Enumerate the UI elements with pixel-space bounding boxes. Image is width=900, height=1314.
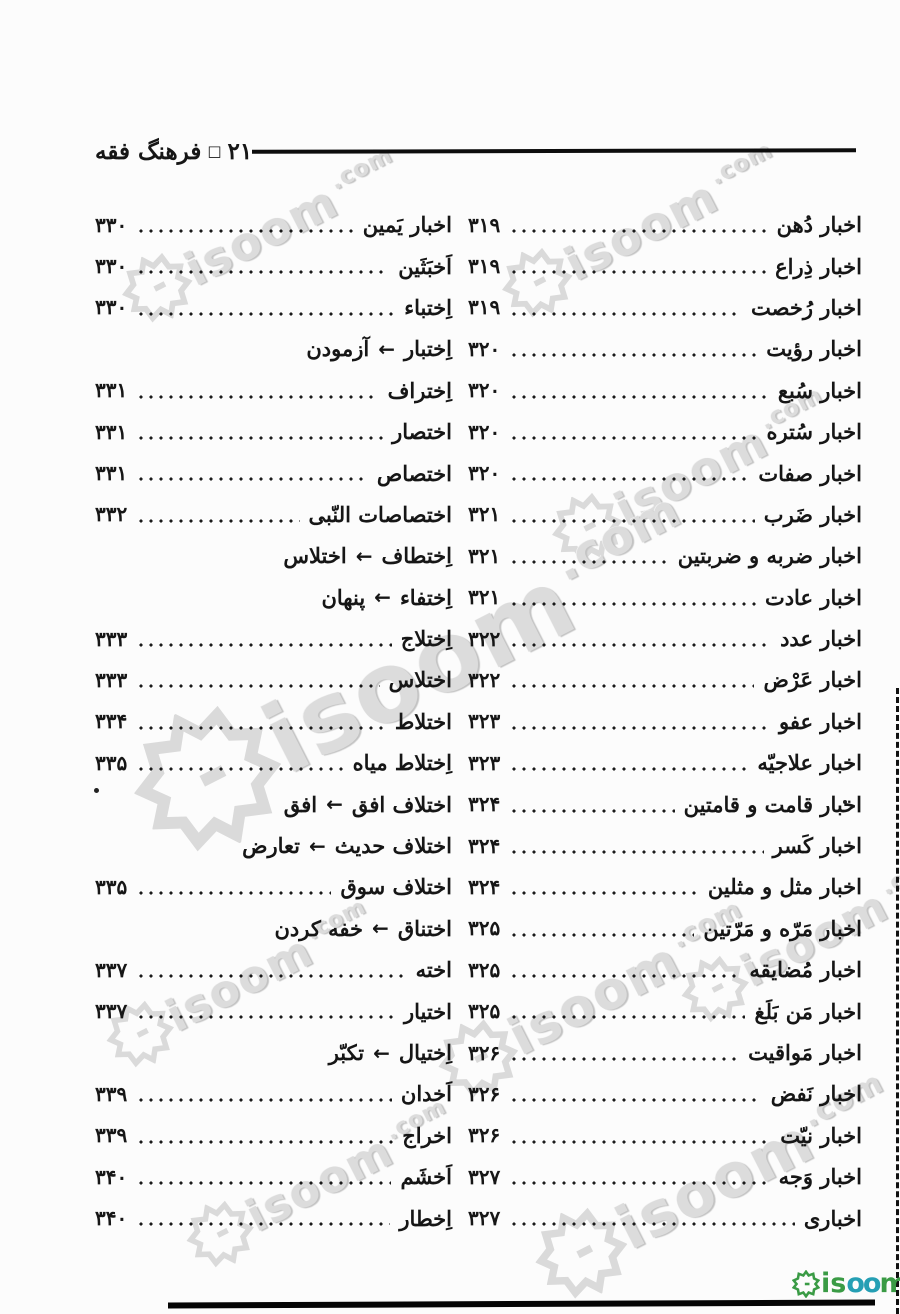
entry-term: اختصار: [392, 419, 452, 444]
gisoom-logo: isoom: [792, 1268, 900, 1299]
dot-leader: [136, 370, 378, 411]
dot-leader: [509, 494, 755, 535]
dot-leader: [509, 701, 770, 742]
dot-leader: [509, 1073, 762, 1114]
dot-leader: [509, 1156, 769, 1197]
index-entry-row: اخبار مَرّه و مَرّتین۳۲۵: [468, 908, 862, 949]
index-entry-row: اخبار عَرْض۳۲۲: [468, 659, 862, 700]
index-entry-row: اخبار قامت و قامتین۳۲۴: [468, 783, 862, 824]
index-entry-row: اِختلاج۳۳۳: [95, 618, 452, 659]
index-entry-row: اخبار صفات۳۲۰: [468, 452, 862, 493]
index-entry-row: اخبار وَجه۳۲۷: [468, 1156, 862, 1197]
index-entry-row: اِختباء۳۳۰: [95, 287, 452, 328]
entry-term: اخبار دُهن: [777, 212, 862, 237]
entry-page-number: ۳۲۱: [468, 544, 500, 568]
index-entry-row: اخراج۳۳۹: [95, 1115, 452, 1156]
gisoom-star-icon: [792, 1270, 820, 1298]
entry-page-number: ۳۳۹: [95, 1123, 127, 1147]
index-entry-row: اِختراف۳۳۱: [95, 370, 452, 411]
index-entry-row: اِخطار۳۴۰: [95, 1197, 452, 1238]
dot-leader: [509, 452, 749, 493]
entry-page-number: ۳۴۰: [95, 1206, 127, 1230]
cross-ref-arrow-icon: ←: [373, 1041, 390, 1065]
entry-term: اِختفاء: [400, 585, 452, 610]
entry-term: اِختیال: [399, 1040, 452, 1065]
index-entry-row: اِختلاط میاه۳۳۵: [95, 742, 452, 783]
entry-page-number: ۳۱۹: [468, 295, 500, 319]
entry-page-number: ۳۲۳: [468, 751, 500, 775]
dot-leader: [136, 245, 389, 286]
index-entry-row: اختصاص۳۳۱: [95, 452, 452, 493]
dot-leader: [509, 949, 740, 990]
entry-page-number: ۳۴۰: [95, 1165, 127, 1189]
index-entry-row: اَخدان۳۳۹: [95, 1073, 452, 1114]
entry-page-number: ۳۲۷: [468, 1165, 500, 1189]
entry-page-number: ۳۲۴: [468, 834, 500, 858]
cross-ref-arrow-icon: ←: [356, 544, 373, 568]
dot-leader: [136, 1115, 393, 1156]
entry-page-number: ۳۲۲: [468, 668, 500, 692]
entry-term: اِخطار: [399, 1206, 452, 1231]
entry-page-number: ۳۲۶: [468, 1041, 500, 1065]
entry-term: اختلاط: [395, 709, 452, 734]
entry-term: اِختبار: [404, 336, 452, 361]
dot-leader: [509, 328, 757, 369]
entry-page-number: ۳۲۶: [468, 1123, 500, 1147]
cross-ref-target: اختلاس: [283, 543, 346, 568]
entry-page-number: ۳۳۱: [95, 461, 127, 485]
entry-term: اخته: [416, 957, 452, 982]
index-entry-row: اخبار سُتره۳۲۰: [468, 411, 862, 452]
entry-term: اخبار رُخصت: [751, 295, 862, 320]
dot-leader: [509, 866, 699, 907]
entry-page-number: ۳۳۵: [95, 751, 127, 775]
dot-leader: [509, 990, 745, 1031]
index-entry-row: اختلاف سوق۳۳۵: [95, 866, 452, 907]
entry-term: اَخدان: [401, 1081, 452, 1106]
scanned-book-page: isoom.comisoom.comisoom.comisoom.comisoo…: [0, 0, 900, 1314]
index-entry-row: اخبار عادت۳۲۱: [468, 577, 862, 618]
dot-leader: [136, 1156, 391, 1197]
index-entry-row: اختلاس۳۳۳: [95, 659, 452, 700]
index-cross-ref-row: اِختیال←تکبّر: [95, 1032, 452, 1073]
entry-page-number: ۳۲۰: [468, 378, 500, 402]
entry-term: اِختطاف: [381, 543, 452, 568]
entry-term: اخبار ذِراع: [775, 254, 862, 279]
index-entry-row: اخته۳۳۷: [95, 949, 452, 990]
index-cross-ref-row: اختلاف حدیث←تعارض: [95, 825, 452, 866]
scan-speck: [94, 788, 99, 793]
cross-ref-target: تکبّر: [329, 1040, 364, 1065]
entry-term: اخبار قامت و قامتین: [684, 792, 862, 817]
header-rule: [252, 148, 856, 154]
entry-term: اخبار نیّت: [780, 1123, 862, 1148]
entry-term: اخبار وَجه: [779, 1164, 862, 1189]
entry-term: اَخشَم: [400, 1164, 452, 1189]
entry-page-number: ۳۲۵: [468, 958, 500, 982]
index-entry-row: اختیار۳۳۷: [95, 990, 452, 1031]
cross-ref-target: آزمودن: [306, 336, 369, 361]
dot-leader: [136, 701, 386, 742]
entry-page-number: ۳۳۱: [95, 420, 127, 444]
entry-term: اخراج: [402, 1123, 452, 1148]
dot-leader: [509, 825, 763, 866]
entry-page-number: ۳۲۳: [468, 709, 500, 733]
entry-term: اخبار رؤیت: [766, 336, 862, 361]
index-entry-row: اخبار مثل و مثلین۳۲۴: [468, 866, 862, 907]
dot-leader: [136, 949, 406, 990]
dot-leader: [136, 411, 383, 452]
entry-term: اختصاصات النّبی: [309, 502, 452, 527]
dot-leader: [136, 866, 331, 907]
entry-term: اخبار مَن بَلَغ: [754, 999, 862, 1024]
entry-page-number: ۳۲۰: [468, 420, 500, 444]
entry-term: اخبار ضَرب: [764, 502, 862, 527]
index-entry-row: اخبار عدد۳۲۲: [468, 618, 862, 659]
page-right-edge-line: [896, 688, 899, 1314]
entry-term: اختلاف حدیث: [335, 833, 452, 858]
entry-term: اخبار نَفض: [771, 1081, 862, 1106]
page-header: ۲۱ □ فرهنگ فقه: [95, 136, 870, 166]
dot-leader: [509, 204, 767, 245]
cross-ref-target: افق: [284, 792, 317, 817]
entry-page-number: ۳۳۰: [95, 213, 127, 237]
dot-leader: [509, 411, 757, 452]
index-entry-row: اخبار مَواقیت۳۲۶: [468, 1032, 862, 1073]
entry-page-number: ۳۳۱: [95, 378, 127, 402]
entry-page-number: ۳۳۳: [95, 627, 127, 651]
dot-leader: [509, 577, 756, 618]
index-entry-row: اختصار۳۳۱: [95, 411, 452, 452]
entry-page-number: ۳۳۷: [95, 999, 127, 1023]
dot-leader: [136, 659, 379, 700]
index-cross-ref-row: اختلاف افق←افق: [95, 783, 452, 824]
index-entry-row: اخبار یَمین۳۳۰: [95, 204, 452, 245]
dot-leader: [136, 1073, 392, 1114]
entry-term: اخبار صفات: [758, 461, 862, 486]
entry-term: اخبار یَمین: [363, 212, 452, 237]
dot-leader: [509, 742, 748, 783]
entry-page-number: ۳۲۴: [468, 875, 500, 899]
entry-term: اخبار عادت: [765, 585, 862, 610]
cross-ref-arrow-icon: ←: [378, 337, 395, 361]
entry-term: اخبار علاجیّه: [757, 750, 862, 775]
dot-leader: [509, 783, 674, 824]
entry-term: اخبار مَرّه و مَرّتین: [703, 916, 862, 941]
index-column-right: اخبار دُهن۳۱۹اخبار ذِراع۳۱۹اخبار رُخصت۳۱…: [468, 204, 862, 1314]
index-cross-ref-row: اِختفاء←پنهان: [95, 577, 452, 618]
entry-term: اخبار مَواقیت: [748, 1040, 862, 1065]
entry-term: اخبار عدد: [780, 626, 862, 651]
entry-term: اخبار مُضایقه: [749, 957, 862, 982]
entry-page-number: ۳۲۵: [468, 916, 500, 940]
cross-ref-target: پنهان: [321, 585, 365, 610]
entry-page-number: ۳۳۹: [95, 1082, 127, 1106]
dot-leader: [136, 204, 353, 245]
logo-text-oo: oo: [846, 1268, 879, 1299]
index-entry-row: اخبار مُضایقه۳۲۵: [468, 949, 862, 990]
cross-ref-arrow-icon: ←: [309, 834, 326, 858]
index-entry-row: اختلاط۳۳۴: [95, 701, 452, 742]
index-entry-row: اَخبَثَین۳۳۰: [95, 245, 452, 286]
index-entry-row: اخبار علاجیّه۳۲۳: [468, 742, 862, 783]
cross-ref-arrow-icon: ←: [372, 916, 389, 940]
entry-page-number: ۳۲۱: [468, 502, 500, 526]
entry-term: اختیار: [404, 999, 452, 1024]
dot-leader: [509, 287, 742, 328]
entry-page-number: ۳۲۰: [468, 337, 500, 361]
entry-term: اِختلاط میاه: [353, 750, 452, 775]
index-cross-ref-row: اِختطاف←اختلاس: [95, 535, 452, 576]
dot-leader: [509, 245, 766, 286]
entry-term: اِختباء: [404, 295, 452, 320]
index-entry-row: اخباری۳۲۷: [468, 1197, 862, 1238]
entry-term: اختلاف سوق: [340, 874, 452, 899]
index-entry-row: اختصاصات النّبی۳۳۲: [95, 494, 452, 535]
index-entry-row: اخبار رؤیت۳۲۰: [468, 328, 862, 369]
entry-term: اختلاف افق: [352, 792, 452, 817]
dot-leader: [136, 287, 395, 328]
entry-page-number: ۳۳۷: [95, 958, 127, 982]
entry-page-number: ۳۲۶: [468, 1082, 500, 1106]
cross-ref-arrow-icon: ←: [326, 792, 343, 816]
index-entry-row: اخبار ضَرب۳۲۱: [468, 494, 862, 535]
index-entry-row: اَخشَم۳۴۰: [95, 1156, 452, 1197]
entry-term: اخبار کَسر: [773, 833, 862, 858]
dot-leader: [136, 742, 343, 783]
entry-term: اِختلاج: [401, 626, 452, 651]
entry-page-number: ۳۳۰: [95, 254, 127, 278]
index-entry-row: اخبار ذِراع۳۱۹: [468, 245, 862, 286]
dot-leader: [509, 618, 771, 659]
index-entry-row: اخبار سُبع۳۲۰: [468, 370, 862, 411]
entry-page-number: ۳۳۲: [95, 502, 127, 526]
index-entry-row: اخبار نَفض۳۲۶: [468, 1073, 862, 1114]
entry-page-number: ۳۱۹: [468, 254, 500, 278]
entry-term: اَخبَثَین: [398, 254, 452, 279]
entry-page-number: ۳۲۱: [468, 585, 500, 609]
entry-page-number: ۳۳۵: [95, 875, 127, 899]
entry-term: اخبار مثل و مثلین: [708, 874, 862, 899]
index-entry-row: اخبار کَسر۳۲۴: [468, 825, 862, 866]
index-entry-row: اخبار عفو۳۲۳: [468, 701, 862, 742]
book-title: فرهنگ فقه: [95, 138, 201, 165]
entry-term: اختلاس: [389, 667, 452, 692]
cross-ref-target: تعارض: [242, 833, 300, 858]
dot-leader: [136, 1197, 390, 1238]
index-entry-row: اخبار ضربه و ضربتین۳۲۱: [468, 535, 862, 576]
dot-leader: [509, 908, 694, 949]
entry-page-number: ۳۳۳: [95, 668, 127, 692]
entry-page-number: ۳۲۵: [468, 999, 500, 1023]
cross-ref-target: خفه کردن: [275, 916, 364, 941]
entry-page-number: ۳۲۲: [468, 627, 500, 651]
entry-term: اخبار عَرْض: [763, 667, 862, 692]
index-cross-ref-row: اختناق←خفه کردن: [95, 908, 452, 949]
dot-leader: [509, 1032, 739, 1073]
dot-leader: [136, 618, 392, 659]
index-entry-row: اخبار نیّت۳۲۶: [468, 1115, 862, 1156]
entry-page-number: ۳۲۴: [468, 792, 500, 816]
entry-term: اختناق: [398, 916, 452, 941]
entry-term: اخبار ضربه و ضربتین: [678, 543, 862, 568]
dot-leader: [509, 1115, 771, 1156]
entry-term: اختصاص: [377, 461, 452, 486]
entry-page-number: ۳۲۰: [468, 461, 500, 485]
logo-text-is: is: [821, 1268, 846, 1299]
index-entry-row: اخبار مَن بَلَغ۳۲۵: [468, 990, 862, 1031]
logo-text-m: m: [879, 1268, 900, 1299]
entry-term: اخبار عفو: [779, 709, 862, 734]
dot-leader: [136, 452, 368, 493]
entry-page-number: ۳۳۴: [95, 709, 127, 733]
entry-page-number: ۳۳۰: [95, 295, 127, 319]
index-cross-ref-row: اِختبار←آزمودن: [95, 328, 452, 369]
index-entry-row: اخبار رُخصت۳۱۹: [468, 287, 862, 328]
entry-term: اخبار سُتره: [766, 419, 862, 444]
dot-leader: [509, 370, 769, 411]
cross-ref-arrow-icon: ←: [374, 585, 391, 609]
dot-leader: [509, 535, 669, 576]
entry-term: اخبار سُبع: [778, 378, 862, 403]
entry-page-number: ۳۱۹: [468, 213, 500, 237]
page-number: ۲۱: [228, 138, 253, 165]
dot-leader: [136, 494, 299, 535]
entry-term: اخباری: [804, 1206, 862, 1231]
dot-leader: [509, 659, 754, 700]
dot-leader: [509, 1197, 795, 1238]
entry-page-number: ۳۲۷: [468, 1206, 500, 1230]
entry-term: اِختراف: [388, 378, 452, 403]
scan-speck: [843, 800, 847, 804]
index-entry-row: اخبار دُهن۳۱۹: [468, 204, 862, 245]
index-column-left: اخبار یَمین۳۳۰اَخبَثَین۳۳۰اِختباء۳۳۰اِخت…: [95, 204, 452, 1314]
header-separator-square: □: [207, 144, 221, 159]
index-content: اخبار یَمین۳۳۰اَخبَثَین۳۳۰اِختباء۳۳۰اِخت…: [95, 204, 862, 1314]
dot-leader: [136, 990, 395, 1031]
